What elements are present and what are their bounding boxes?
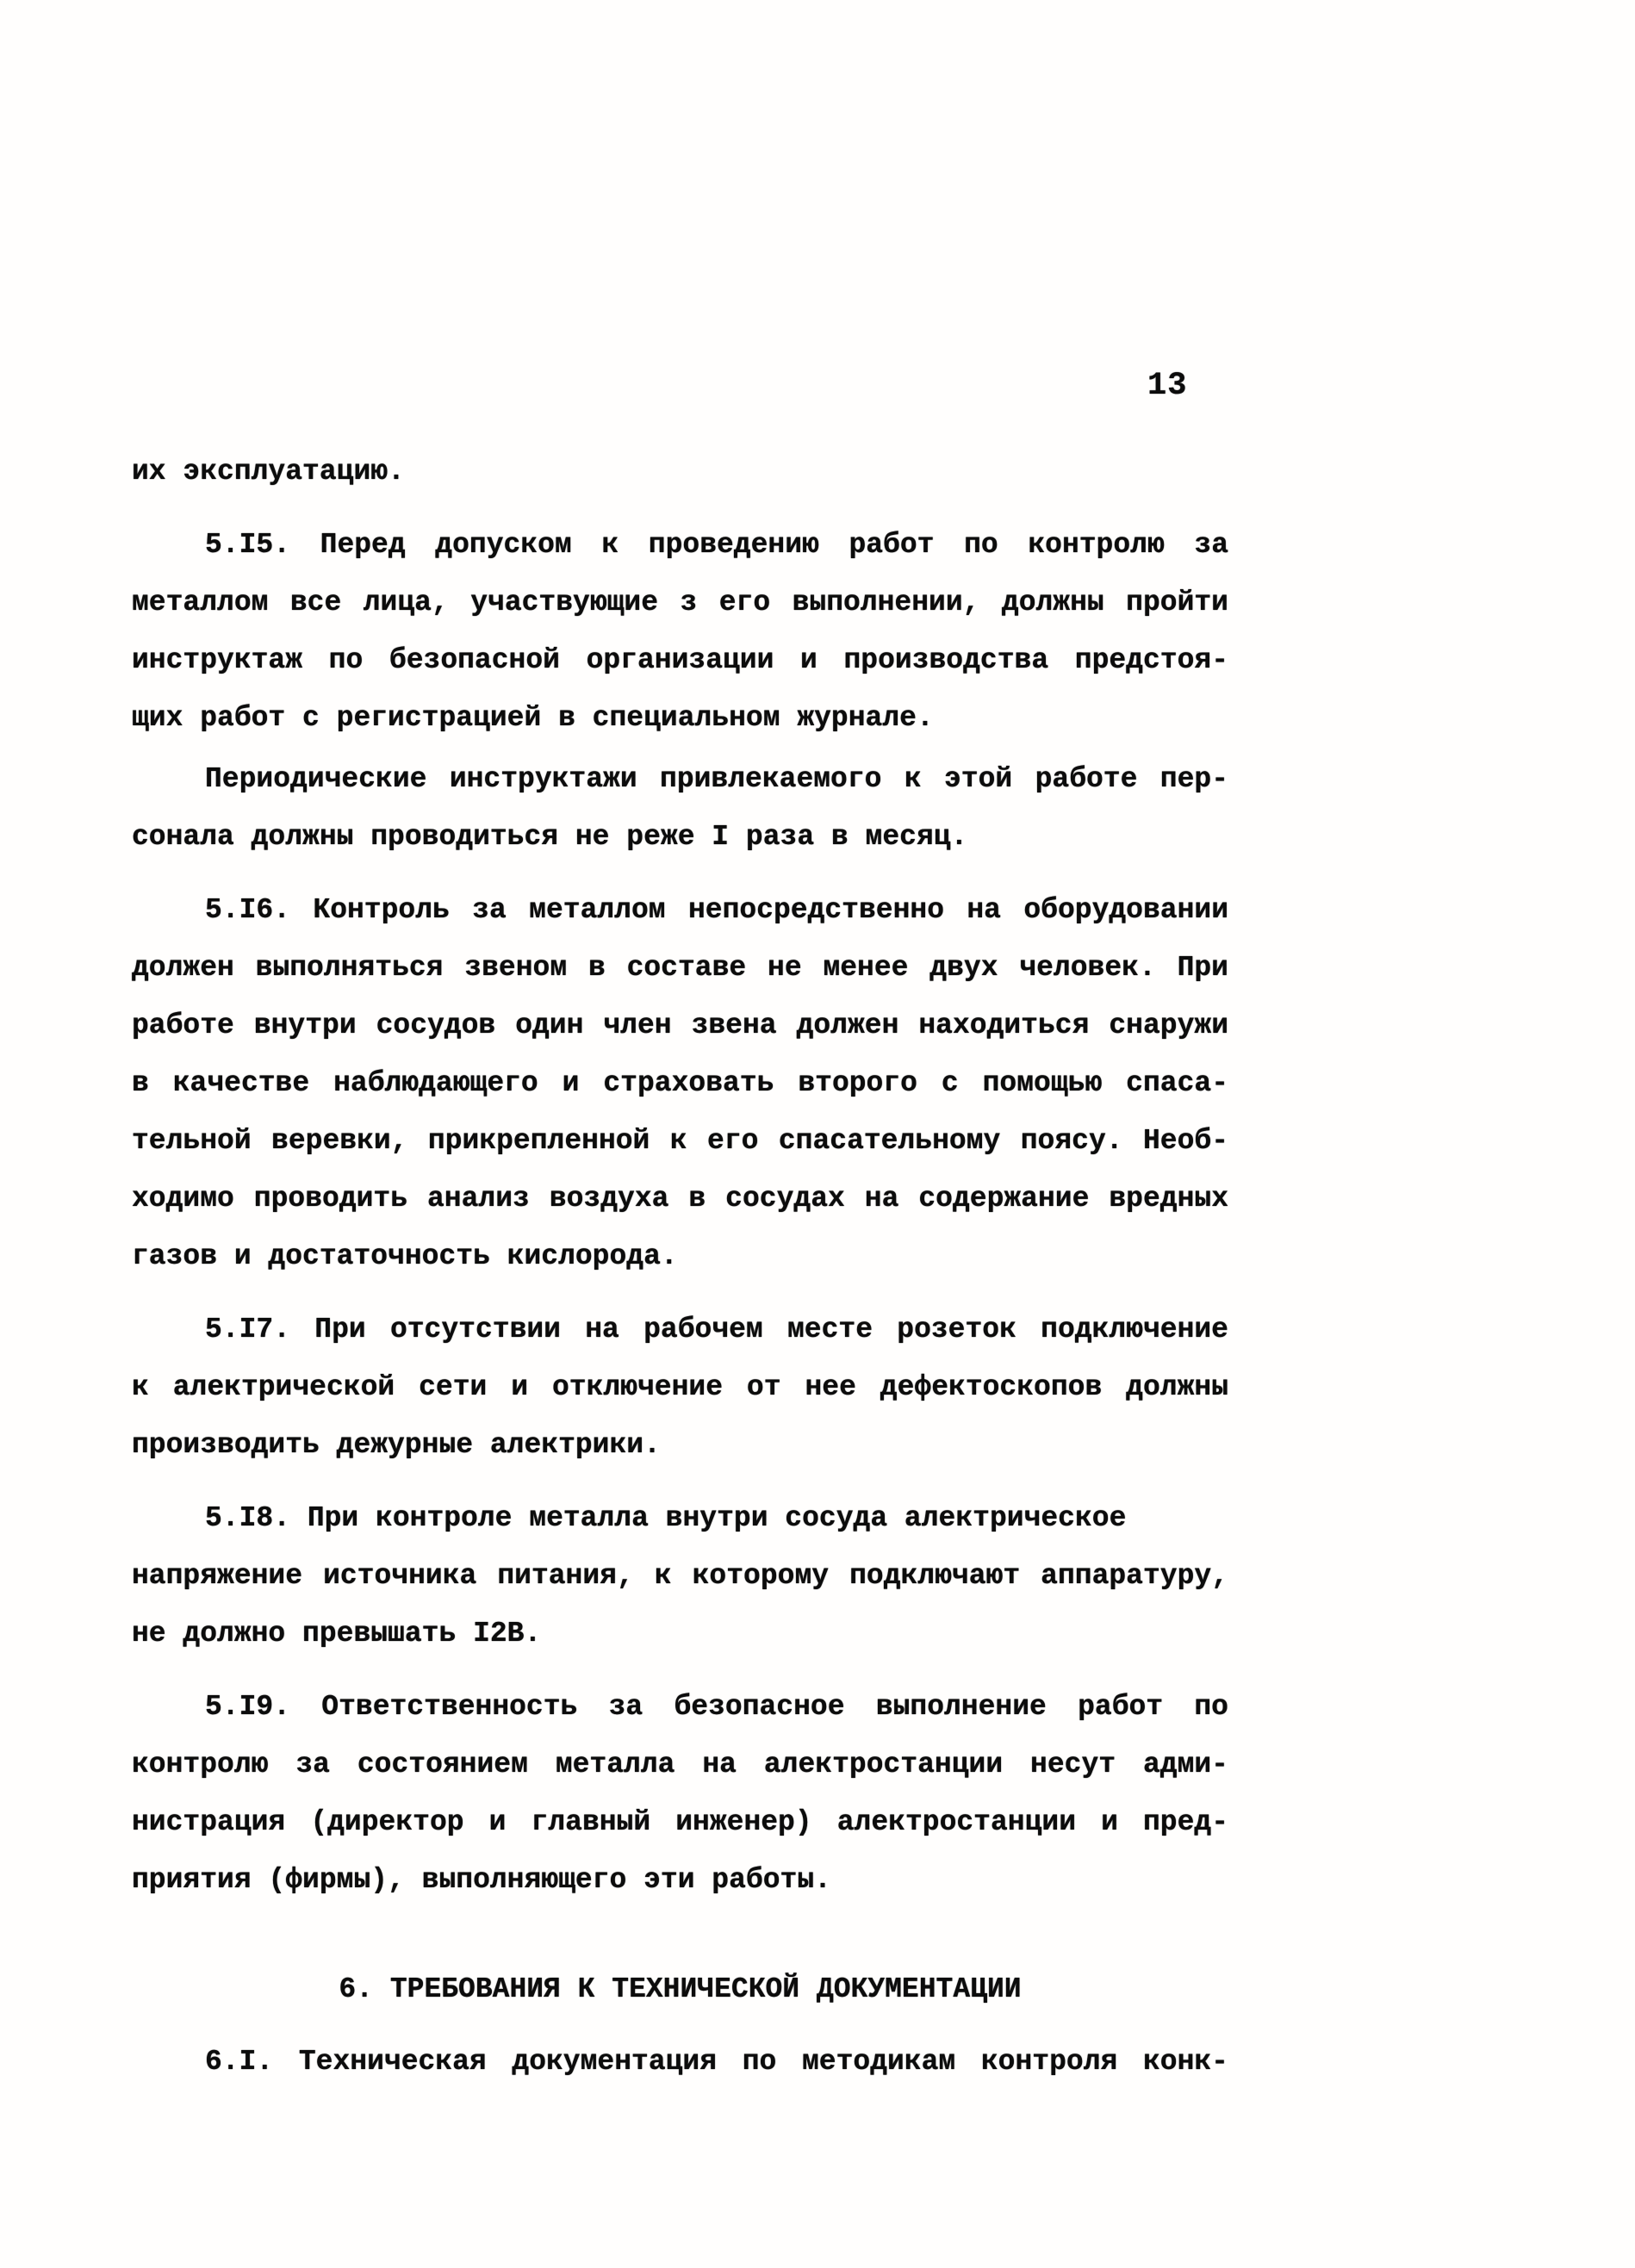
section-6-heading: 6. ТРЕБОВАНИЯ К ТЕХНИЧЕСКОЙ ДОКУМЕНТАЦИИ — [132, 1960, 1228, 2018]
paragraph-5-16: 5.I6. Контроль за металлом непосредствен… — [132, 881, 1228, 1285]
text-line: 5.I6. Контроль за металлом непосредствен… — [132, 881, 1228, 939]
text-line: металлом все лица, участвующие з его вып… — [132, 574, 1228, 631]
text-line: инструктаж по безопасной организации и п… — [132, 631, 1228, 689]
text-line: их эксплуатацию. — [132, 443, 1228, 500]
text-line: напряжение источника питания, к которому… — [132, 1547, 1228, 1605]
text-line: сонала должны проводиться не реже I раза… — [132, 808, 1228, 866]
paragraph-5-17: 5.I7. При отсутствии на рабочем месте ро… — [132, 1301, 1228, 1474]
text-line: нистрация (директор и главный инженер) а… — [132, 1793, 1228, 1851]
text-line: 5.I7. При отсутствии на рабочем месте ро… — [132, 1301, 1228, 1358]
text-line: приятия (фирмы), выполняющего эти работы… — [132, 1851, 1228, 1909]
paragraph-6-1: 6.I. Техническая документация по методик… — [132, 2033, 1228, 2091]
document-page: 13 их эксплуатацию. 5.I5. Перед допуском… — [0, 0, 1635, 2268]
page-number: 13 — [1147, 369, 1187, 403]
paragraph-periodic-instruction: Периодические инструктажи привлекаемого … — [132, 750, 1228, 866]
text-line: 5.I8. При контроле металла внутри сосуда… — [132, 1489, 1228, 1547]
text-line: к алектрической сети и отключение от нее… — [132, 1358, 1228, 1416]
text-line: в качестве наблюдающего и страховать вто… — [132, 1054, 1228, 1112]
text-line: 5.I9. Ответственность за безопасное выпо… — [132, 1678, 1228, 1736]
text-line: тельной веревки, прикрепленной к его спа… — [132, 1112, 1228, 1170]
paragraph-5-18: 5.I8. При контроле металла внутри сосуда… — [132, 1489, 1228, 1662]
text-line: Периодические инструктажи привлекаемого … — [132, 750, 1228, 808]
paragraph-5-15: 5.I5. Перед допуском к проведению работ … — [132, 516, 1228, 747]
text-line: производить дежурные алектрики. — [132, 1416, 1228, 1474]
text-line: не должно превышать I2В. — [132, 1605, 1228, 1662]
paragraph-5-19: 5.I9. Ответственность за безопасное выпо… — [132, 1678, 1228, 1909]
text-line: должен выполняться звеном в составе не м… — [132, 939, 1228, 997]
text-line: щих работ с регистрацией в специальном ж… — [132, 689, 1228, 747]
text-line: контролю за состоянием металла на алектр… — [132, 1736, 1228, 1793]
paragraph-continuation: их эксплуатацию. — [132, 443, 1228, 500]
text-line: газов и достаточность кислорода. — [132, 1227, 1228, 1285]
text-line: работе внутри сосудов один член звена до… — [132, 997, 1228, 1054]
text-line: 5.I5. Перед допуском к проведению работ … — [132, 516, 1228, 574]
text-line: ходимо проводить анализ воздуха в сосуда… — [132, 1170, 1228, 1227]
text-line: 6.I. Техническая документация по методик… — [132, 2033, 1228, 2091]
page-content: их эксплуатацию. 5.I5. Перед допуском к … — [132, 443, 1228, 2091]
